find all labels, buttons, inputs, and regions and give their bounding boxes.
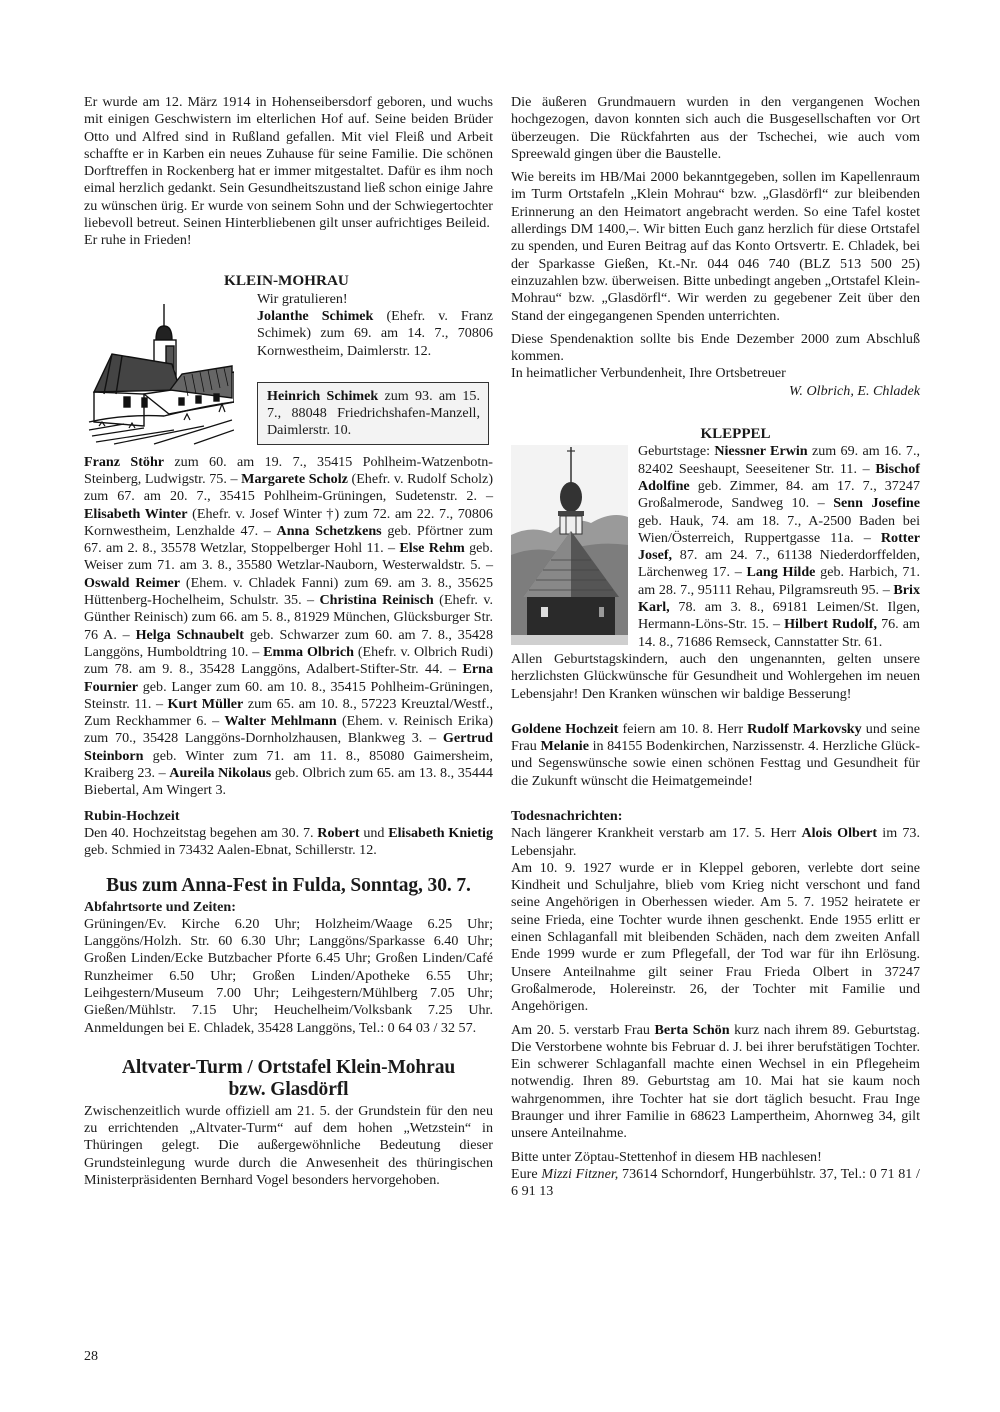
birthday-wishes: Allen Geburtstagskindern, auch den ungen… [511, 651, 920, 703]
right-column: Die äußeren Grundmauern wurden in den ve… [511, 94, 920, 1201]
tower-continuation: Die äußeren Grundmauern wurden in den ve… [511, 94, 920, 163]
author-signature: Eure Mizzi Fitzner, 73614 Schorndorf, Hu… [511, 1166, 920, 1201]
olbert-biography: Am 10. 9. 1927 wurde er in Kleppel gebor… [511, 860, 920, 1016]
birthday-entry: Heinrich Schimek zum 93. am 15. 7., 8804… [267, 388, 488, 440]
village-church-illustration [84, 302, 234, 447]
donation-deadline: Diese Spendenaktion sollte bis Ende Deze… [511, 331, 920, 366]
klein-mohrau-greeting-block: Wir gratulieren! Jolanthe Schimek (Ehefr… [257, 291, 493, 360]
person-name: Heinrich Schimek [267, 388, 378, 404]
kleppel-title: KLEPPEL [551, 426, 920, 443]
chapel-icon [511, 445, 628, 645]
schoen-notice: Am 20. 5. verstarb Frau Berta Schön kurz… [511, 1022, 920, 1143]
highlight-box: Heinrich Schimek zum 93. am 15. 7., 8804… [257, 382, 489, 445]
kleppel-section: KLEPPEL [511, 426, 920, 703]
obituary-close: Er ruhe in Frieden! [84, 232, 493, 249]
olbert-notice: Nach längerer Krankheit verstarb am 17. … [511, 825, 920, 860]
ruby-wedding-text: Den 40. Hochzeitstag begehen am 30. 7. R… [84, 825, 493, 860]
read-more-note: Bitte unter Zöptau-Stettenhof in diesem … [511, 1149, 920, 1166]
closing-line: In heimatlicher Verbundenheit, Ihre Orts… [511, 365, 920, 382]
bus-schedule-text: Grüningen/Ev. Kirche 6.20 Uhr; Holzheim/… [84, 916, 493, 1037]
person-name: Jolanthe Schimek [257, 308, 373, 324]
deaths-heading: Todesnachrichten: [511, 808, 920, 825]
ruby-wedding-heading: Rubin-Hochzeit [84, 808, 493, 825]
signature: W. Olbrich, E. Chladek [511, 383, 920, 400]
birthday-entry: Jolanthe Schimek (Ehefr. v. Franz Schime… [257, 308, 493, 360]
donation-text: Wie bereits im HB/Mai 2000 bekanntgegebe… [511, 169, 920, 325]
klein-mohrau-title: KLEIN-MOHRAU [224, 272, 349, 289]
bus-subheading: Abfahrtsorte und Zeiten: [84, 899, 493, 916]
obituary-text: Er wurde am 12. März 1914 in Hohenseiber… [84, 94, 493, 232]
klein-mohrau-section: KLEIN-MOHRAU [84, 272, 493, 450]
tower-text: Zwischenzeitlich wurde offiziell am 21. … [84, 1103, 493, 1189]
golden-wedding: Goldene Hochzeit feiern am 10. 8. Herr R… [511, 721, 920, 790]
tower-heading: Altvater-Turm / Ortstafel Klein-Mohrau b… [84, 1057, 493, 1101]
wooden-chapel-photo [511, 445, 628, 645]
bus-heading: Bus zum Anna-Fest in Fulda, Sonntag, 30.… [84, 875, 493, 897]
greeting: Wir gratulieren! [257, 291, 493, 308]
page-number: 28 [84, 1348, 98, 1365]
left-column: Er wurde am 12. März 1914 in Hohenseiber… [84, 94, 493, 1189]
birthday-list: Franz Stöhr zum 60. am 19. 7., 35415 Poh… [84, 454, 493, 800]
